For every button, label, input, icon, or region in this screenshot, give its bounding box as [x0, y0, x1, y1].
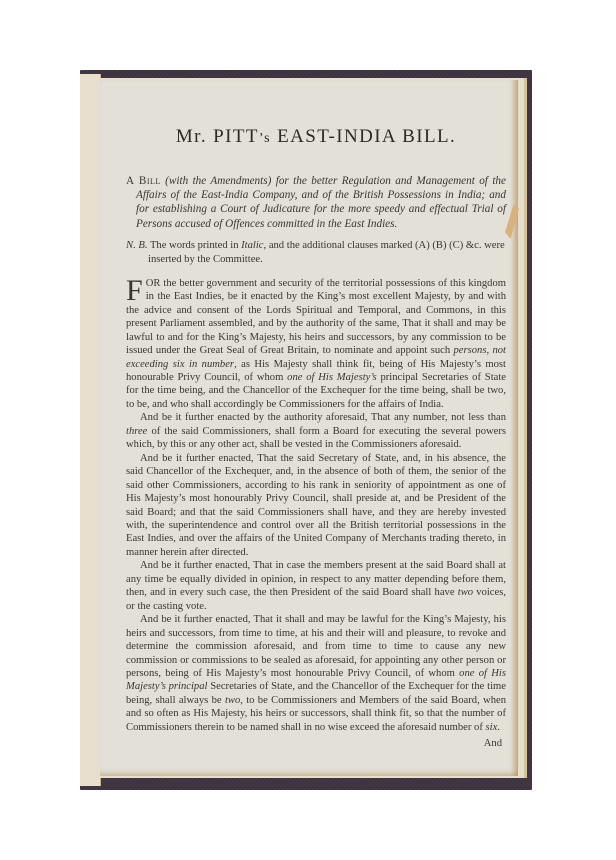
- paragraph-1: FOR the better government and security o…: [126, 277, 506, 412]
- para1-italic-b: one of His Majesty’s: [287, 372, 377, 383]
- para2-italic: three: [126, 426, 147, 437]
- bill-lead: A Bill: [126, 175, 161, 187]
- catchword: And: [126, 738, 506, 749]
- nota-bene: N. B. The words printed in Italic, and t…: [126, 239, 506, 267]
- para4-text: And be it further enacted, That in case …: [126, 560, 506, 598]
- bill-text: FOR the better government and security o…: [126, 277, 506, 749]
- paragraph-5: And be it further enacted, That it shall…: [126, 613, 506, 734]
- drop-cap: F: [126, 279, 143, 303]
- bill-long-title: A Bill (with the Amendments) for the bet…: [126, 174, 506, 231]
- document-page: Mr. PITT’s EAST-INDIA BILL. A Bill (with…: [100, 80, 518, 776]
- foxing-stain: [510, 80, 518, 776]
- title-possessive: ’s: [259, 131, 271, 146]
- bill-description: (with the Amendments) for the better Reg…: [136, 175, 506, 230]
- para1-text: OR the better government and security of…: [126, 278, 506, 356]
- para5-italic-b: two: [225, 695, 240, 706]
- page-title: Mr. PITT’s EAST-INDIA BILL.: [126, 126, 506, 148]
- document-body: Mr. PITT’s EAST-INDIA BILL. A Bill (with…: [126, 126, 506, 749]
- nb-italic: Italic: [241, 240, 263, 251]
- para5-text: And be it further enacted, That it shall…: [126, 614, 506, 679]
- nb-text: The words printed in: [147, 240, 241, 251]
- para5-end: .: [497, 722, 500, 733]
- para2-text-b: of the said Commissioners, shall form a …: [126, 426, 506, 450]
- title-main: Mr. PITT: [176, 126, 259, 147]
- nb-label: N. B.: [126, 240, 147, 251]
- paragraph-2: And be it further enacted by the authori…: [126, 411, 506, 451]
- title-rest: EAST-INDIA BILL.: [271, 126, 456, 147]
- para2-text: And be it further enacted by the authori…: [140, 412, 506, 423]
- para5-italic-c: six: [486, 722, 498, 733]
- para4-italic: two: [458, 587, 473, 598]
- paragraph-4: And be it further enacted, That in case …: [126, 559, 506, 613]
- paragraph-3: And be it further enacted, That the said…: [126, 452, 506, 560]
